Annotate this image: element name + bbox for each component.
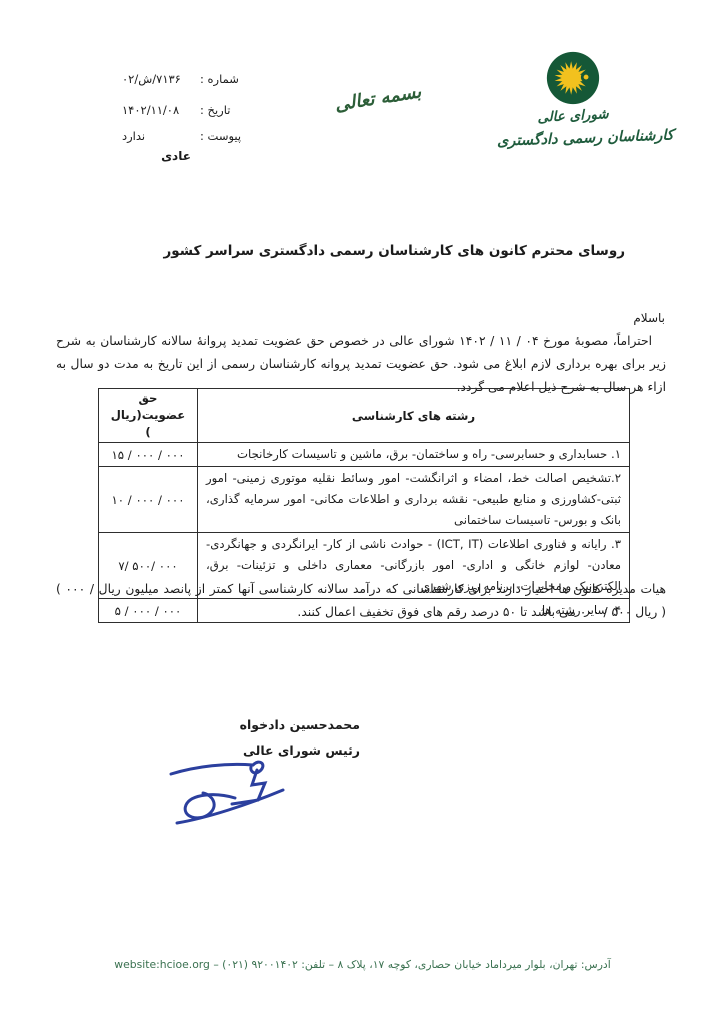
footer-address: آدرس: تهران، بلوار میرداماد خیابان حصاری…: [0, 958, 725, 971]
attachment-value: ندارد: [116, 129, 200, 143]
letter-page: شماره : ۷۱۳۶/ش/۰۲ تاریخ : ۱۴۰۲/۱۱/۰۸ پیو…: [0, 0, 725, 1024]
meta-date-row: تاریخ : ۱۴۰۲/۱۱/۰۸: [100, 101, 252, 119]
fee-cell: ۱۵ / ۰۰۰ / ۰۰۰: [99, 443, 198, 467]
column-header-field: رشته های کارشناسی: [198, 389, 630, 443]
fee-cell: ۱۰ / ۰۰۰ / ۰۰۰: [99, 467, 198, 533]
date-value: ۱۴۰۲/۱۱/۰۸: [116, 103, 200, 117]
meta-attachment-row: پیوست : ندارد: [100, 127, 252, 145]
council-sunburst-logo-icon: [545, 50, 601, 106]
discount-text-after: می باشد تا ۵۰ درصد رقم های فوق تخفیف اعم…: [297, 605, 575, 619]
column-header-fee: حق عضویت(ریال ): [99, 389, 198, 443]
table-header-row: رشته های کارشناسی حق عضویت(ریال ): [99, 389, 630, 443]
discount-text-before: هیات مدیره کانون ها اختیار دارند برای کا…: [99, 582, 666, 596]
table-row: ۱. حسابداری و حسابرسی- راه و ساختمان- بر…: [99, 443, 630, 467]
meta-number-row: شماره : ۷۱۳۶/ش/۰۲: [100, 70, 252, 88]
bismillah-calligraphy: بسمه تعالی: [322, 80, 434, 118]
discount-paragraph: هیات مدیره کانون ها اختیار دارند برای کا…: [56, 578, 666, 624]
field-cell: ۲.تشخیص اصالت خط، امضاء و اثرانگشت- امور…: [198, 467, 630, 533]
number-label: شماره :: [200, 72, 252, 86]
letter-meta: شماره : ۷۱۳۶/ش/۰۲ تاریخ : ۱۴۰۲/۱۱/۰۸ پیو…: [100, 70, 252, 163]
fee-amount: ۱۰ / ۰۰۰ / ۰۰۰: [112, 493, 185, 507]
recipient-title: روسای محترم کانون های کارشناسان رسمی داد…: [60, 243, 625, 259]
field-cell: ۱. حسابداری و حسابرسی- راه و ساختمان- بر…: [198, 443, 630, 467]
classification-badge: عادی: [100, 149, 252, 163]
fee-header-line2: عضویت(ریال ): [107, 407, 189, 441]
fee-amount: ۷/ ۵۰۰/ ۰۰۰: [118, 559, 177, 573]
org-name-line1: شورای عالی: [497, 104, 650, 128]
salutation: باسلام: [633, 311, 665, 325]
letterhead-brand: شورای عالی کارشناسان رسمی دادگستری: [497, 50, 649, 147]
date-label: تاریخ :: [200, 103, 252, 117]
attachment-label: پیوست :: [200, 129, 252, 143]
fee-header-line1: حق: [107, 390, 189, 407]
fee-amount: ۱۵ / ۰۰۰ / ۰۰۰: [112, 448, 185, 462]
table-row: ۲.تشخیص اصالت خط، امضاء و اثرانگشت- امور…: [99, 467, 630, 533]
org-name-line2: کارشناسان رسمی دادگستری: [497, 128, 649, 149]
number-value: ۷۱۳۶/ش/۰۲: [116, 72, 200, 86]
handwritten-signature: [163, 748, 295, 830]
signatory-name: محمدحسین دادخواه: [240, 712, 360, 738]
